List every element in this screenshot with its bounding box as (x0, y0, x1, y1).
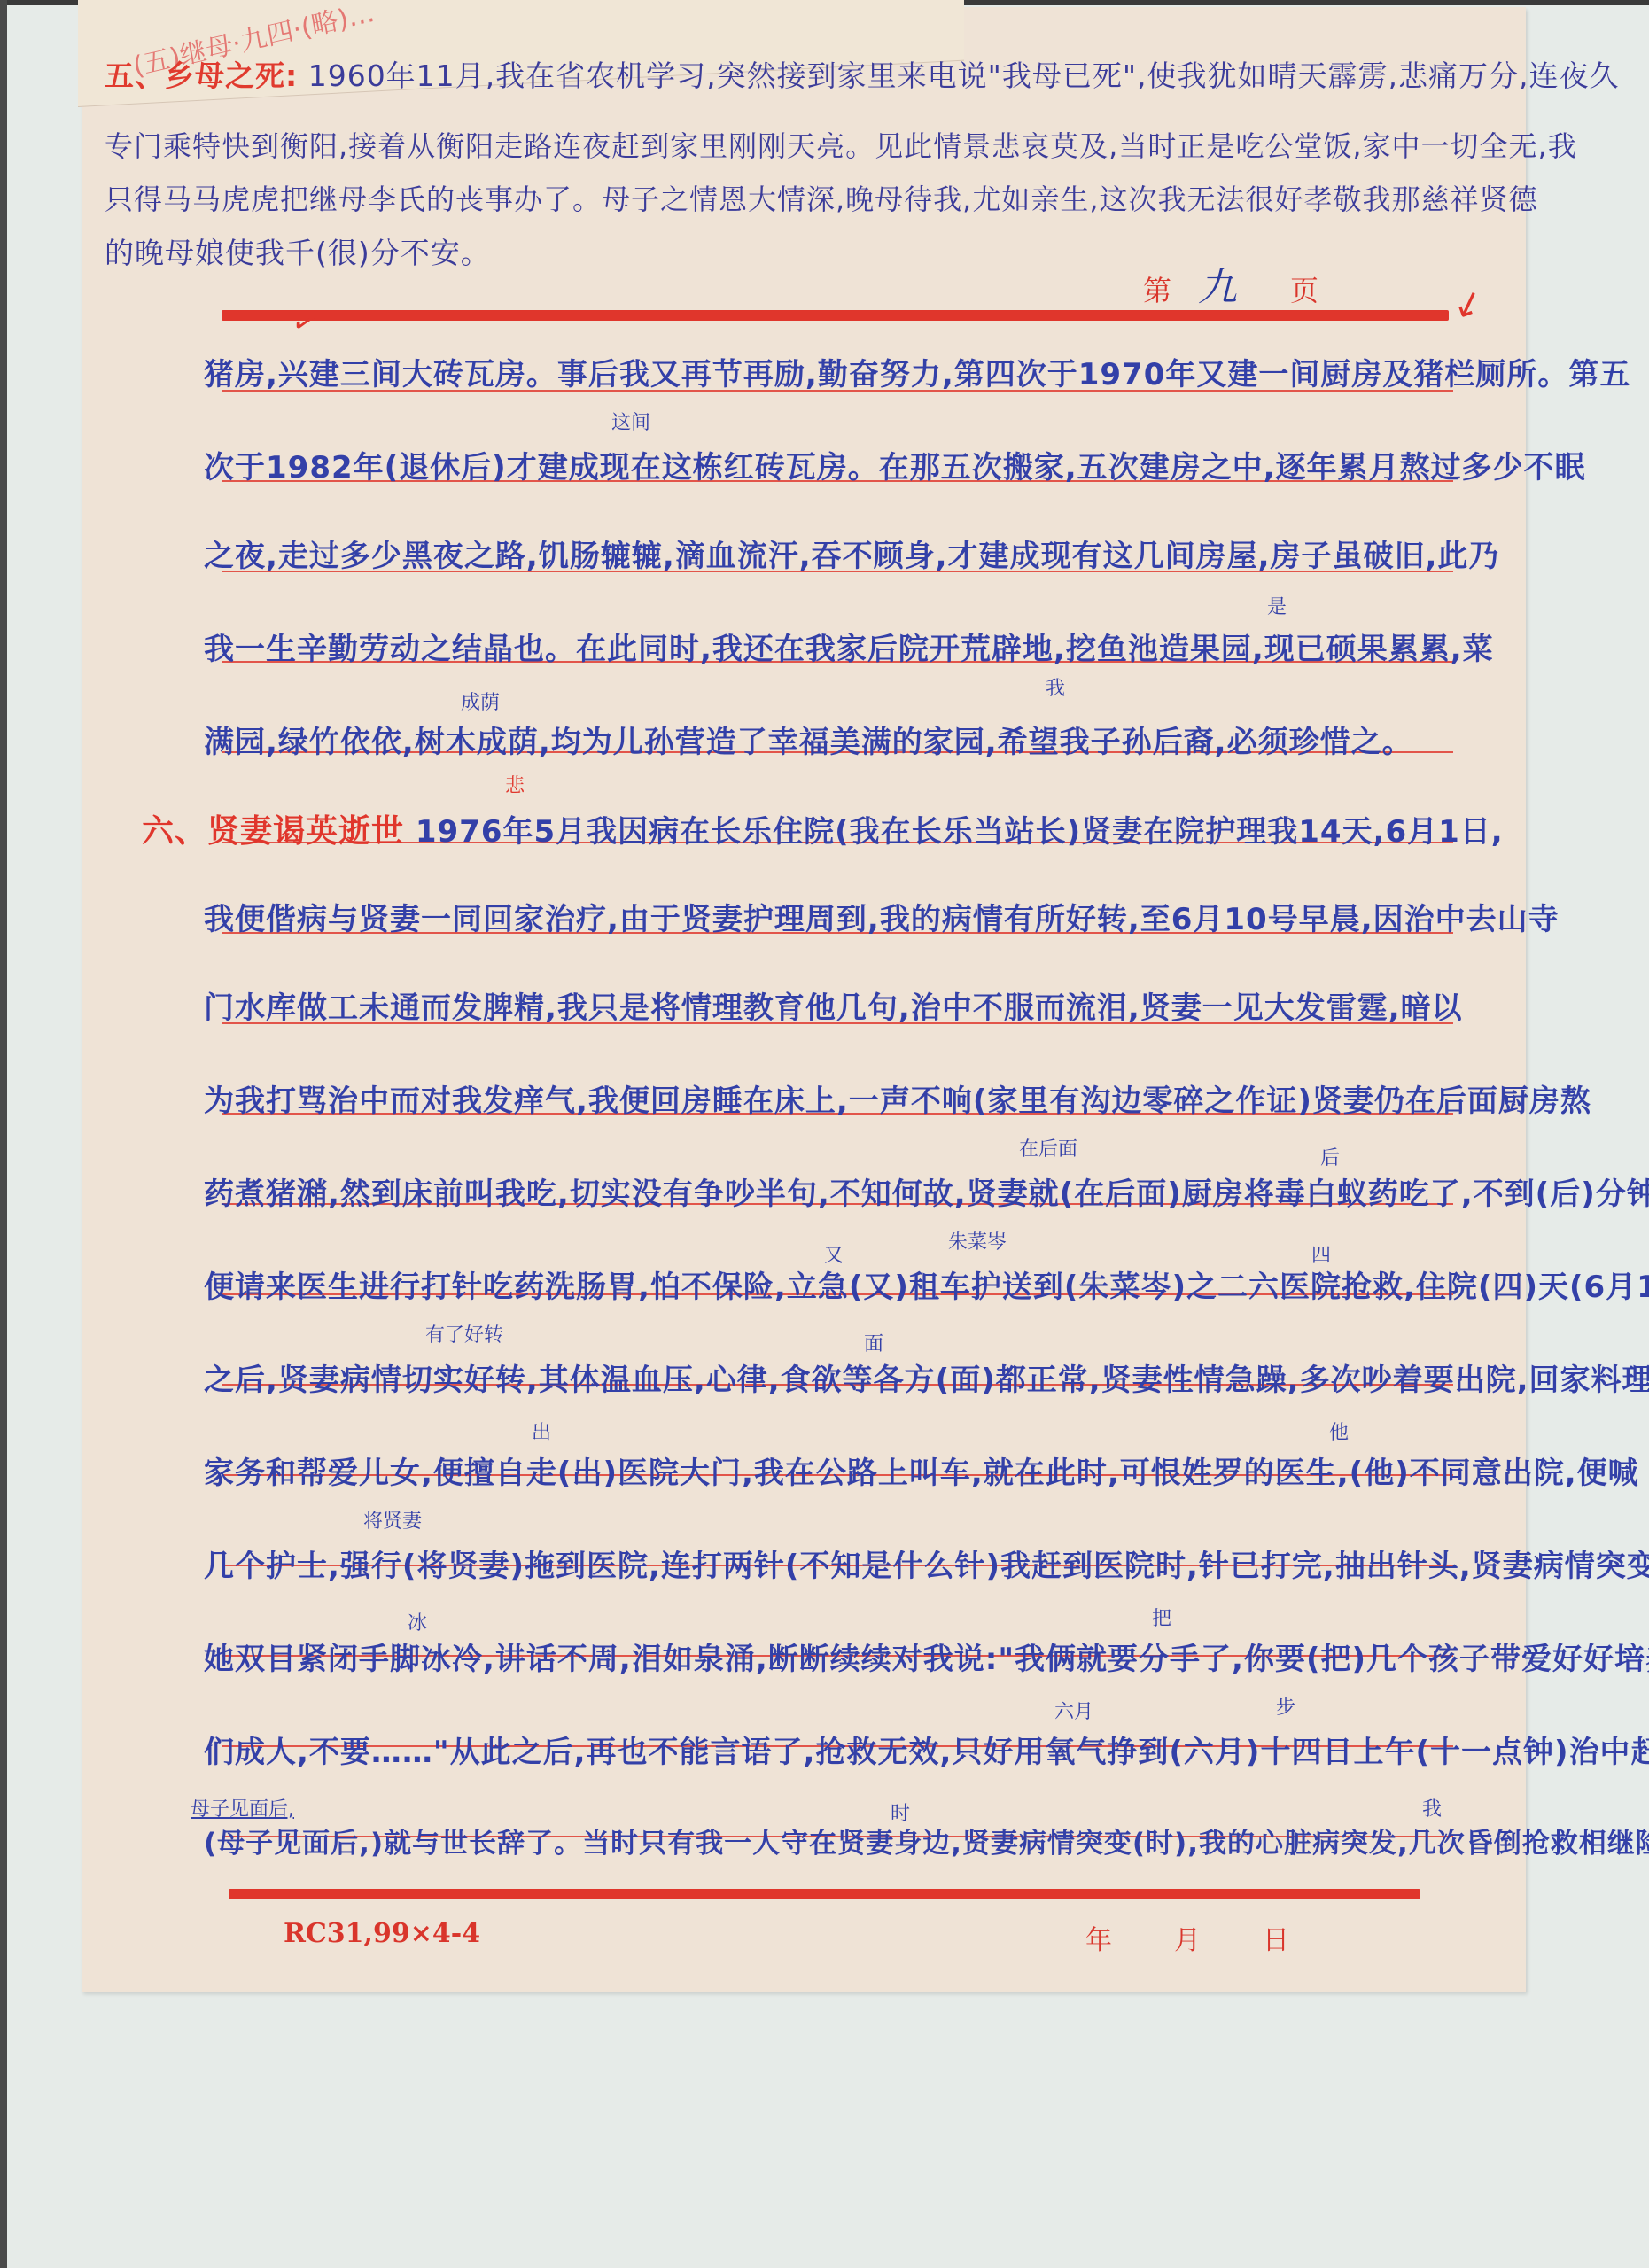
body-line-17: (母子见面后,)就与世长辞了。当时只有我一人守在贤妻身边,贤妻病情突变(时),我… (204, 1821, 1649, 1860)
top-line-2: 专门乘特快到衡阳,接着从衡阳走路连夜赶到家里刚刚天亮。见此情景悲哀莫及,当时正是… (105, 124, 1577, 165)
insert-annotation: 有了好转 (425, 1320, 503, 1348)
body-line-16: 们成人,不要……"从此之后,再也不能言语了,抢救无效,只好用氧气挣到(六月)十四… (204, 1728, 1649, 1771)
body-line-10: 药煮猪潲,然到床前叫我吃,切实没有争吵半句,不知何故,贤妻就(在后面)厨房将毒白… (204, 1169, 1649, 1213)
body-line-2: 次于1982年(退休后)才建成现在这栋红砖瓦房。在那五次搬家,五次建房之中,逐年… (204, 443, 1586, 486)
insert-annotation-margin: 母子见面后, (191, 1794, 294, 1821)
insert-annotation: 我 (1046, 673, 1065, 701)
insert-annotation: 出 (532, 1417, 551, 1445)
date-fields: 年月日 (1085, 1918, 1351, 1957)
body-line-6: 六、贤妻谒英逝世 1976年5月我因病在长乐住院(我在长乐当站长)贤妻在院护理我… (142, 806, 1504, 851)
insert-annotation: 这间 (611, 408, 650, 435)
top-line-3: 只得马马虎虎把继母李氏的丧事办了。母子之情恩大情深,晚母待我,尤如亲生,这次我无… (105, 177, 1538, 218)
insert-annotation: 面 (864, 1329, 883, 1356)
top-thick-rule (222, 310, 1449, 321)
insert-annotation: 冰 (408, 1608, 427, 1635)
body-line-5: 满园,绿竹依依,树木成荫,均为儿孙营造了幸福美满的家园,希望我子孙后裔,必须珍惜… (204, 718, 1413, 761)
body-line-15: 她双目紧闭手脚冰冷,讲话不周,泪如泉涌,断断续续对我说:"我俩就要分手了,你要(… (204, 1635, 1649, 1678)
top-line-4: 的晚母娘使我千(很)分不安。 (105, 230, 491, 272)
page-prefix: 第 (1143, 274, 1171, 307)
bottom-thick-rule (229, 1889, 1420, 1899)
page-number-value: 九 (1198, 265, 1237, 310)
insert-annotation: 将贤妻 (363, 1506, 422, 1534)
date-year-label: 年 (1085, 1925, 1112, 1956)
page-number: 第九页 (1143, 255, 1318, 312)
body-line-13: 家务和帮爱儿女,便擅自走(出)医院大门,我在公路上叫车,就在此时,可恨姓罗的医生… (204, 1449, 1639, 1492)
insert-annotation-red: 悲 (505, 771, 525, 798)
date-day-label: 日 (1263, 1925, 1289, 1956)
insert-annotation: 后 (1320, 1143, 1340, 1170)
body-line-9: 为我打骂治中而对我发痒气,我便回房睡在床上,一声不响(家里有沟边零碎之作证)贤妻… (204, 1076, 1591, 1120)
body-line-11: 便请来医生进行打针吃药洗肠胃,怕不保险,立急(又)租车护送到(朱菜岑)之二六医院… (204, 1262, 1649, 1306)
page-suffix: 页 (1290, 274, 1318, 307)
form-code: RC31,99×4-4 (284, 1918, 480, 1949)
insert-annotation: 步 (1276, 1692, 1295, 1720)
insert-annotation: 朱菜岑 (948, 1227, 1007, 1254)
body-line-3: 之夜,走过多少黑夜之路,饥肠辘辘,滴血流汗,吞不顾身,才建成现有这几间房屋,房子… (204, 532, 1499, 575)
scanner-edge-left (0, 0, 7, 2268)
body-line-7: 我便偕病与贤妻一同回家治疗,由于贤妻护理周到,我的病情有所好转,至6月10号早晨… (204, 895, 1560, 938)
insert-annotation: 在后面 (1019, 1134, 1077, 1161)
insert-annotation: 他 (1329, 1417, 1349, 1445)
body-line-12: 之后,贤妻病情切实好转,其体温血压,心律,食欲等各方(面)都正常,贤妻性情急躁,… (204, 1355, 1649, 1399)
body-line-8: 门水库做工未通而发脾精,我只是将情理教育他几句,治中不服而流泪,贤妻一见大发雷霆… (204, 983, 1463, 1027)
insert-annotation: 把 (1152, 1604, 1171, 1631)
section-heading-wife-death: 六、贤妻谒英逝世 (142, 813, 404, 850)
top-line-1: 五、乡母之死: 1960年11月,我在省农机学习,突然接到家里来电说"我母已死"… (105, 53, 1619, 95)
insert-annotation: 成荫 (461, 687, 500, 715)
insert-annotation: 六月 (1054, 1697, 1093, 1724)
body-line-1: 猪房,兴建三间大砖瓦房。事后我又再节再励,勤奋努力,第四次于1970年又建一间厨… (204, 350, 1630, 393)
body-line-14: 几个护士,强行(将贤妻)拖到医院,连打两针(不知是什么针)我赶到医院时,针已打完… (204, 1542, 1649, 1585)
insert-annotation: 是 (1267, 592, 1287, 619)
date-month-label: 月 (1174, 1925, 1201, 1956)
body-line-4: 我一生辛勤劳动之结晶也。在此同时,我还在我家后院开荒辟地,挖鱼池造果园,现已硕果… (204, 625, 1494, 668)
section-heading-mother-death: 五、乡母之死: (105, 58, 298, 93)
insert-annotation: 我 (1422, 1794, 1442, 1821)
